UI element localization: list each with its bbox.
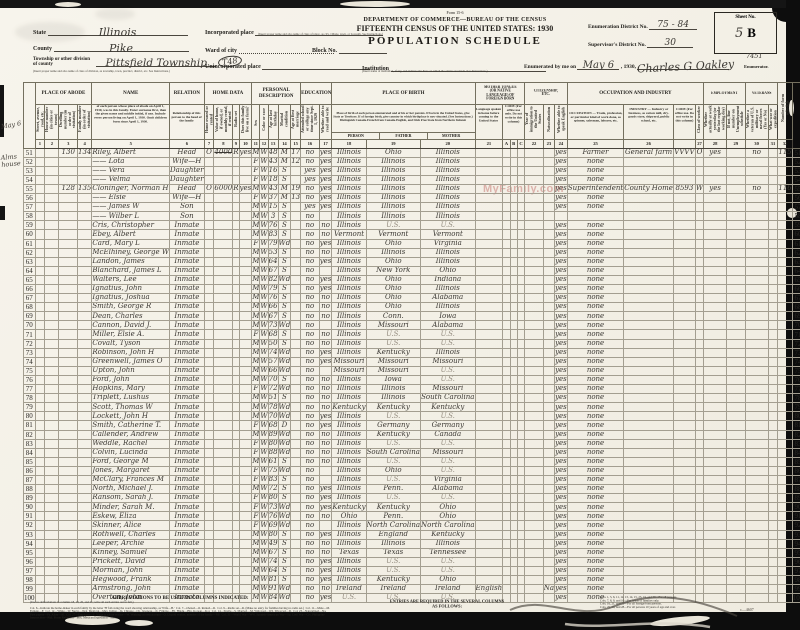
- cell-agem: [291, 557, 301, 566]
- cell-fam: [78, 275, 92, 284]
- cell-wk: [704, 503, 727, 512]
- cell-cls: [695, 430, 703, 439]
- cell-agem: 13: [291, 194, 301, 203]
- cell-cB: [510, 430, 517, 439]
- cell-eng: yes: [555, 421, 568, 430]
- cell-wk: [704, 157, 727, 166]
- cell-occ: none: [567, 157, 623, 166]
- cell-vet: [745, 421, 768, 430]
- cell-occ: none: [567, 294, 623, 303]
- cell-vet: [745, 294, 768, 303]
- cell-tongue: [475, 175, 503, 184]
- cell-fs: [778, 330, 792, 339]
- cell-cls: [695, 457, 703, 466]
- cell-age: 76: [268, 512, 278, 521]
- cell-rel: Wife—H: [170, 194, 205, 203]
- cell-ind: [624, 475, 674, 484]
- cell-lnR: 61: [792, 239, 800, 248]
- cell-bpf: Ohio: [366, 239, 420, 248]
- cell-race: W: [260, 175, 268, 184]
- cell-cB: [510, 539, 517, 548]
- cell-agem: [291, 357, 301, 366]
- cell-rel: Wife—H: [170, 157, 205, 166]
- cell-bpf: Ohio: [366, 303, 420, 312]
- cell-dwell: [59, 412, 78, 421]
- cell-rw: no: [319, 539, 332, 548]
- cell-ind: [624, 403, 674, 412]
- cell-imm: [525, 385, 544, 394]
- cell-fam: [78, 557, 92, 566]
- cell-code: 8593: [673, 184, 695, 193]
- cell-mar: Wd: [278, 357, 291, 366]
- cell-cB: [510, 357, 517, 366]
- cell-bp: Illinois: [332, 203, 366, 212]
- cell-sch: no: [301, 448, 320, 457]
- cell-rw: no: [319, 457, 332, 466]
- cell-cB: [510, 339, 517, 348]
- township-note: (Insert proper name and also name of cla…: [33, 70, 170, 73]
- cell-age: 68: [268, 330, 278, 339]
- cell-imm: [525, 348, 544, 357]
- cell-cB: [510, 375, 517, 384]
- cell-eng: yes: [555, 521, 568, 530]
- cell-fs: [778, 557, 792, 566]
- cell-bpf: Ohio: [366, 275, 420, 284]
- cell-rw: yes: [319, 203, 332, 212]
- cell-imm: [525, 166, 544, 175]
- cell-imm: [525, 494, 544, 503]
- cell-fam: [78, 257, 92, 266]
- cell-street: [35, 148, 45, 157]
- cell-dwell: [59, 366, 78, 375]
- table-row: 81 Smith, Catherine T.Inmate FW68D noyes…: [24, 421, 800, 430]
- cell-tongue: [475, 494, 503, 503]
- cell-tongue: [475, 166, 503, 175]
- cell-war: [768, 157, 778, 166]
- cell-bpf: Illinois: [366, 194, 420, 203]
- cell-own: [204, 394, 214, 403]
- cell-bpm: Illinois: [421, 285, 475, 294]
- col-number-war: 31: [768, 139, 778, 148]
- cell-imm: [525, 475, 544, 484]
- cell-rw: no: [319, 312, 332, 321]
- cell-sch: no: [301, 339, 320, 348]
- cell-age: 80: [268, 494, 278, 503]
- cell-age: 72: [268, 485, 278, 494]
- cell-sch: no: [301, 585, 320, 594]
- cell-nat: [543, 412, 554, 421]
- group-veterans: VETERANS: [745, 83, 778, 105]
- col-number-wkl: 29: [727, 139, 746, 148]
- cell-occ: none: [567, 394, 623, 403]
- table-row: 75 Upton, JohnInmate MW66Wd no MissouriM…: [24, 366, 800, 375]
- cell-name: Jones, Margaret: [92, 466, 170, 475]
- cell-street: [35, 175, 45, 184]
- cell-occ: none: [567, 421, 623, 430]
- cell-wkl: [727, 466, 746, 475]
- cell-fs: [778, 585, 792, 594]
- cell-nat: [543, 366, 554, 375]
- cell-sex: F: [252, 448, 260, 457]
- cell-cB: [510, 230, 517, 239]
- census-scan: Form 15-6 DEPARTMENT OF COMMERCE—BUREAU …: [0, 0, 800, 630]
- cell-wkl: [727, 294, 746, 303]
- cell-house: [45, 303, 59, 312]
- cell-lnL: 83: [24, 439, 36, 448]
- cell-lnL: 51: [24, 148, 36, 157]
- cell-imm: [525, 557, 544, 566]
- col-number-fam: 4: [78, 139, 92, 148]
- cell-wkl: [727, 357, 746, 366]
- cell-occ: none: [567, 521, 623, 530]
- cell-wk: [704, 212, 727, 221]
- cell-own: [204, 157, 214, 166]
- cell-dwell: [59, 421, 78, 430]
- cell-wk: [704, 439, 727, 448]
- cell-bp: Illinois: [332, 375, 366, 384]
- cell-vet: [745, 366, 768, 375]
- cell-bpm: Illinois: [421, 539, 475, 548]
- cell-race: W: [260, 248, 268, 257]
- cell-wk: [704, 394, 727, 403]
- cell-farm: [239, 221, 252, 230]
- cell-race: W: [260, 266, 268, 275]
- cell-war: [768, 475, 778, 484]
- cell-wk: [704, 430, 727, 439]
- cell-house: [45, 521, 59, 530]
- cell-wkl: [727, 257, 746, 266]
- cell-sch: no: [301, 485, 320, 494]
- cell-cls: [695, 166, 703, 175]
- cell-age: 70: [268, 412, 278, 421]
- cell-code: [673, 394, 695, 403]
- cell-occ: none: [567, 285, 623, 294]
- cell-cB: [510, 194, 517, 203]
- cell-agem: [291, 576, 301, 585]
- cell-eng: yes: [555, 321, 568, 330]
- cell-occ: none: [567, 412, 623, 421]
- cell-val: 6000: [214, 184, 233, 193]
- cell-vet: [745, 203, 768, 212]
- cell-bpf: U.S.: [366, 221, 420, 230]
- cell-cA: [503, 148, 510, 157]
- cell-lnL: 86: [24, 466, 36, 475]
- cell-lnL: 58: [24, 212, 36, 221]
- cell-val: [214, 203, 233, 212]
- cell-bp: Kentucky: [332, 503, 366, 512]
- cell-dwell: [59, 166, 78, 175]
- cell-imm: [525, 266, 544, 275]
- cell-vet: [745, 448, 768, 457]
- cell-lnR: 84: [792, 448, 800, 457]
- cell-tongue: [475, 239, 503, 248]
- cell-age: 37: [268, 194, 278, 203]
- cell-cB: [510, 248, 517, 257]
- cell-sch: no: [301, 457, 320, 466]
- cell-rel: Inmate: [170, 275, 205, 284]
- cell-dwell: [59, 503, 78, 512]
- cell-street: [35, 221, 45, 230]
- cell-dwell: [59, 212, 78, 221]
- cell-nat: [543, 439, 554, 448]
- cell-farm: [239, 539, 252, 548]
- cell-fam: [78, 294, 92, 303]
- cell-cA: [503, 430, 510, 439]
- cell-bpm: Alabama: [421, 485, 475, 494]
- cell-war: [768, 485, 778, 494]
- col-number-age: 13: [268, 139, 278, 148]
- cell-agem: [291, 548, 301, 557]
- cell-eng: yes: [555, 485, 568, 494]
- cell-occ: none: [567, 257, 623, 266]
- cell-lnR: 72: [792, 339, 800, 348]
- cell-cls: [695, 385, 703, 394]
- cell-street: [35, 312, 45, 321]
- cell-cC: [517, 366, 524, 375]
- col-number-own: 7: [204, 139, 214, 148]
- col-header-rw: Whether able to read and write: [319, 105, 332, 140]
- cell-rel: Inmate: [170, 557, 205, 566]
- cell-eng: yes: [555, 557, 568, 566]
- cell-tongue: [475, 566, 503, 575]
- cell-cC: [517, 403, 524, 412]
- cell-mar: S: [278, 494, 291, 503]
- table-row: 79 Scott, Thomas WInmate MW78Wd nonoKent…: [24, 403, 800, 412]
- cell-cB: [510, 412, 517, 421]
- group-birth: PLACE OF BIRTH: [332, 83, 475, 105]
- cell-war: [768, 203, 778, 212]
- cell-name: Blanchard, James L: [92, 266, 170, 275]
- cell-cls: [695, 294, 703, 303]
- cell-race: W: [260, 485, 268, 494]
- cell-cls: O: [695, 148, 703, 157]
- cell-farm: [239, 585, 252, 594]
- cell-name: —— Lota: [92, 157, 170, 166]
- cell-eng: yes: [555, 503, 568, 512]
- cell-sch: no: [301, 275, 320, 284]
- col-header-tongue: Language spoken in home before coming to…: [475, 105, 503, 140]
- col-number-house: 2: [45, 139, 59, 148]
- cell-dwell: [59, 475, 78, 484]
- cell-cC: [517, 303, 524, 312]
- cell-rel: Inmate: [170, 585, 205, 594]
- cell-mar: M: [278, 194, 291, 203]
- cell-house: [45, 275, 59, 284]
- cell-rw: no: [319, 548, 332, 557]
- pencil-scribble: [505, 592, 745, 630]
- cell-own: [204, 466, 214, 475]
- cell-sch: no: [301, 221, 320, 230]
- cell-bpf: Vermont: [366, 230, 420, 239]
- cell-imm: [525, 303, 544, 312]
- col-header-nat: Naturalization: [543, 105, 554, 140]
- incorporated-label: Incorporated place: [205, 30, 254, 36]
- cell-fs: [778, 175, 792, 184]
- cell-ind: [624, 239, 674, 248]
- cell-rel: Head: [170, 184, 205, 193]
- cell-fam: [78, 348, 92, 357]
- cell-fs: [778, 348, 792, 357]
- cell-race: W: [260, 566, 268, 575]
- cell-bpf: Illinois: [366, 175, 420, 184]
- table-row: 66 Ignatius, JohnInmate MW79S noyesIllin…: [24, 285, 800, 294]
- cell-rw: yes: [319, 348, 332, 357]
- cell-fs: [778, 430, 792, 439]
- cell-cC: [517, 530, 524, 539]
- cell-lnR: 96: [792, 557, 800, 566]
- cell-mar: S: [278, 330, 291, 339]
- cell-val: [214, 576, 233, 585]
- cell-rw: no: [319, 385, 332, 394]
- col-number-ind: 26: [624, 139, 674, 148]
- cell-bpm: Vermont: [421, 230, 475, 239]
- cell-wk: [704, 366, 727, 375]
- cell-eng: yes: [555, 257, 568, 266]
- cell-fam: [78, 203, 92, 212]
- cell-house: [45, 184, 59, 193]
- cell-race: W: [260, 230, 268, 239]
- cell-bp: Illinois: [332, 157, 366, 166]
- cell-lnL: 72: [24, 339, 36, 348]
- cell-farm: [239, 203, 252, 212]
- enumeration-district-field: Enumeration District No. 75 - 84: [588, 20, 697, 30]
- cell-bpf: Kentucky: [366, 430, 420, 439]
- cell-street: [35, 157, 45, 166]
- table-row: 80 Lockett, John HInmate MW70Wd noyesIll…: [24, 412, 800, 421]
- cell-lnR: 98: [792, 576, 800, 585]
- cell-code: [673, 366, 695, 375]
- cell-race: W: [260, 394, 268, 403]
- cell-farm: [239, 303, 252, 312]
- cell-agem: [291, 494, 301, 503]
- cell-imm: [525, 394, 544, 403]
- cell-lnR: 88: [792, 485, 800, 494]
- scan-artifact: [340, 1, 410, 7]
- cell-tongue: [475, 548, 503, 557]
- cell-name: Dean, Charles: [92, 312, 170, 321]
- cell-cB: [510, 366, 517, 375]
- cell-own: O: [204, 148, 214, 157]
- cell-age: 78: [268, 403, 278, 412]
- cell-rw: [319, 521, 332, 530]
- cell-race: W: [260, 412, 268, 421]
- cell-street: [35, 539, 45, 548]
- cell-farm: [239, 321, 252, 330]
- cell-eng: yes: [555, 248, 568, 257]
- cell-fs: [778, 294, 792, 303]
- cell-own: [204, 576, 214, 585]
- cell-name: Armstrong, John: [92, 585, 170, 594]
- cell-race: W: [260, 203, 268, 212]
- cell-name: North, Michael J.: [92, 485, 170, 494]
- sheet-value-handwritten: 5: [735, 26, 743, 41]
- cell-val: [214, 275, 233, 284]
- cell-war: [768, 421, 778, 430]
- table-row: 59 Cris, ChristopherInmate MW76S nonoIll…: [24, 221, 800, 230]
- cell-cB: [510, 157, 517, 166]
- cell-nat: [543, 285, 554, 294]
- cell-own: [204, 175, 214, 184]
- cell-nat: [543, 512, 554, 521]
- cell-bpf: Illinois: [366, 539, 420, 548]
- cell-bpf: U.S.: [366, 494, 420, 503]
- cell-name: Riley, Albert: [92, 148, 170, 157]
- cell-cA: [503, 239, 510, 248]
- group-abode: PLACE OF ABODE: [35, 83, 92, 105]
- cell-cA: [503, 512, 510, 521]
- table-row: 54 —— VelmaDaughter FW18S yesyesIllinois…: [24, 175, 800, 184]
- cell-war: [768, 585, 778, 594]
- cell-fam: [78, 285, 92, 294]
- cell-lnL: 54: [24, 175, 36, 184]
- cell-sex: M: [252, 203, 260, 212]
- cell-name: Landon, James: [92, 257, 170, 266]
- cell-imm: [525, 257, 544, 266]
- cell-age: 76: [268, 221, 278, 230]
- cell-fam: [78, 457, 92, 466]
- cell-dwell: [59, 530, 78, 539]
- col-header-mar: Marital condition: [278, 105, 291, 140]
- cell-cA: [503, 375, 510, 384]
- cell-age: 66: [268, 366, 278, 375]
- cell-nat: [543, 294, 554, 303]
- cell-house: [45, 266, 59, 275]
- cell-name: Kinney, Samuel: [92, 548, 170, 557]
- cell-sch: no: [301, 475, 320, 484]
- cell-rel: Son: [170, 212, 205, 221]
- cell-bpm: Illinois: [421, 157, 475, 166]
- cell-wk: [704, 485, 727, 494]
- cell-fs: [778, 412, 792, 421]
- cell-street: [35, 357, 45, 366]
- cell-farm: [239, 421, 252, 430]
- cell-cls: W: [695, 184, 703, 193]
- group-occupation: OCCUPATION AND INDUSTRY: [567, 83, 703, 105]
- cell-val: [214, 566, 233, 575]
- cell-race: W: [260, 421, 268, 430]
- cell-war: [768, 148, 778, 157]
- cell-mar: S: [278, 266, 291, 275]
- group-name: NAME: [92, 83, 170, 105]
- cell-cA: [503, 275, 510, 284]
- cell-farm: [239, 312, 252, 321]
- cell-lnL: 93: [24, 530, 36, 539]
- cell-rel: Inmate: [170, 375, 205, 384]
- col-line-right: [792, 83, 800, 149]
- cell-nat: [543, 339, 554, 348]
- cell-cB: [510, 285, 517, 294]
- cell-lnR: 100: [792, 594, 800, 603]
- cell-race: W: [260, 221, 268, 230]
- cell-sch: no: [301, 466, 320, 475]
- cell-fs: [778, 521, 792, 530]
- table-row: 76 Ford, JohnInmate MW70S nonoIllinoisIo…: [24, 375, 800, 384]
- cell-street: [35, 285, 45, 294]
- cell-house: [45, 203, 59, 212]
- margin-note-institution: Alms house: [0, 153, 21, 169]
- cell-age: 74: [268, 348, 278, 357]
- cell-dwell: [59, 257, 78, 266]
- cell-wkl: [727, 194, 746, 203]
- cell-own: [204, 266, 214, 275]
- cell-wkl: [727, 184, 746, 193]
- cell-street: [35, 366, 45, 375]
- cell-street: [35, 230, 45, 239]
- cell-tongue: [475, 375, 503, 384]
- cell-ind: [624, 285, 674, 294]
- cell-wkl: [727, 548, 746, 557]
- cell-dwell: [59, 221, 78, 230]
